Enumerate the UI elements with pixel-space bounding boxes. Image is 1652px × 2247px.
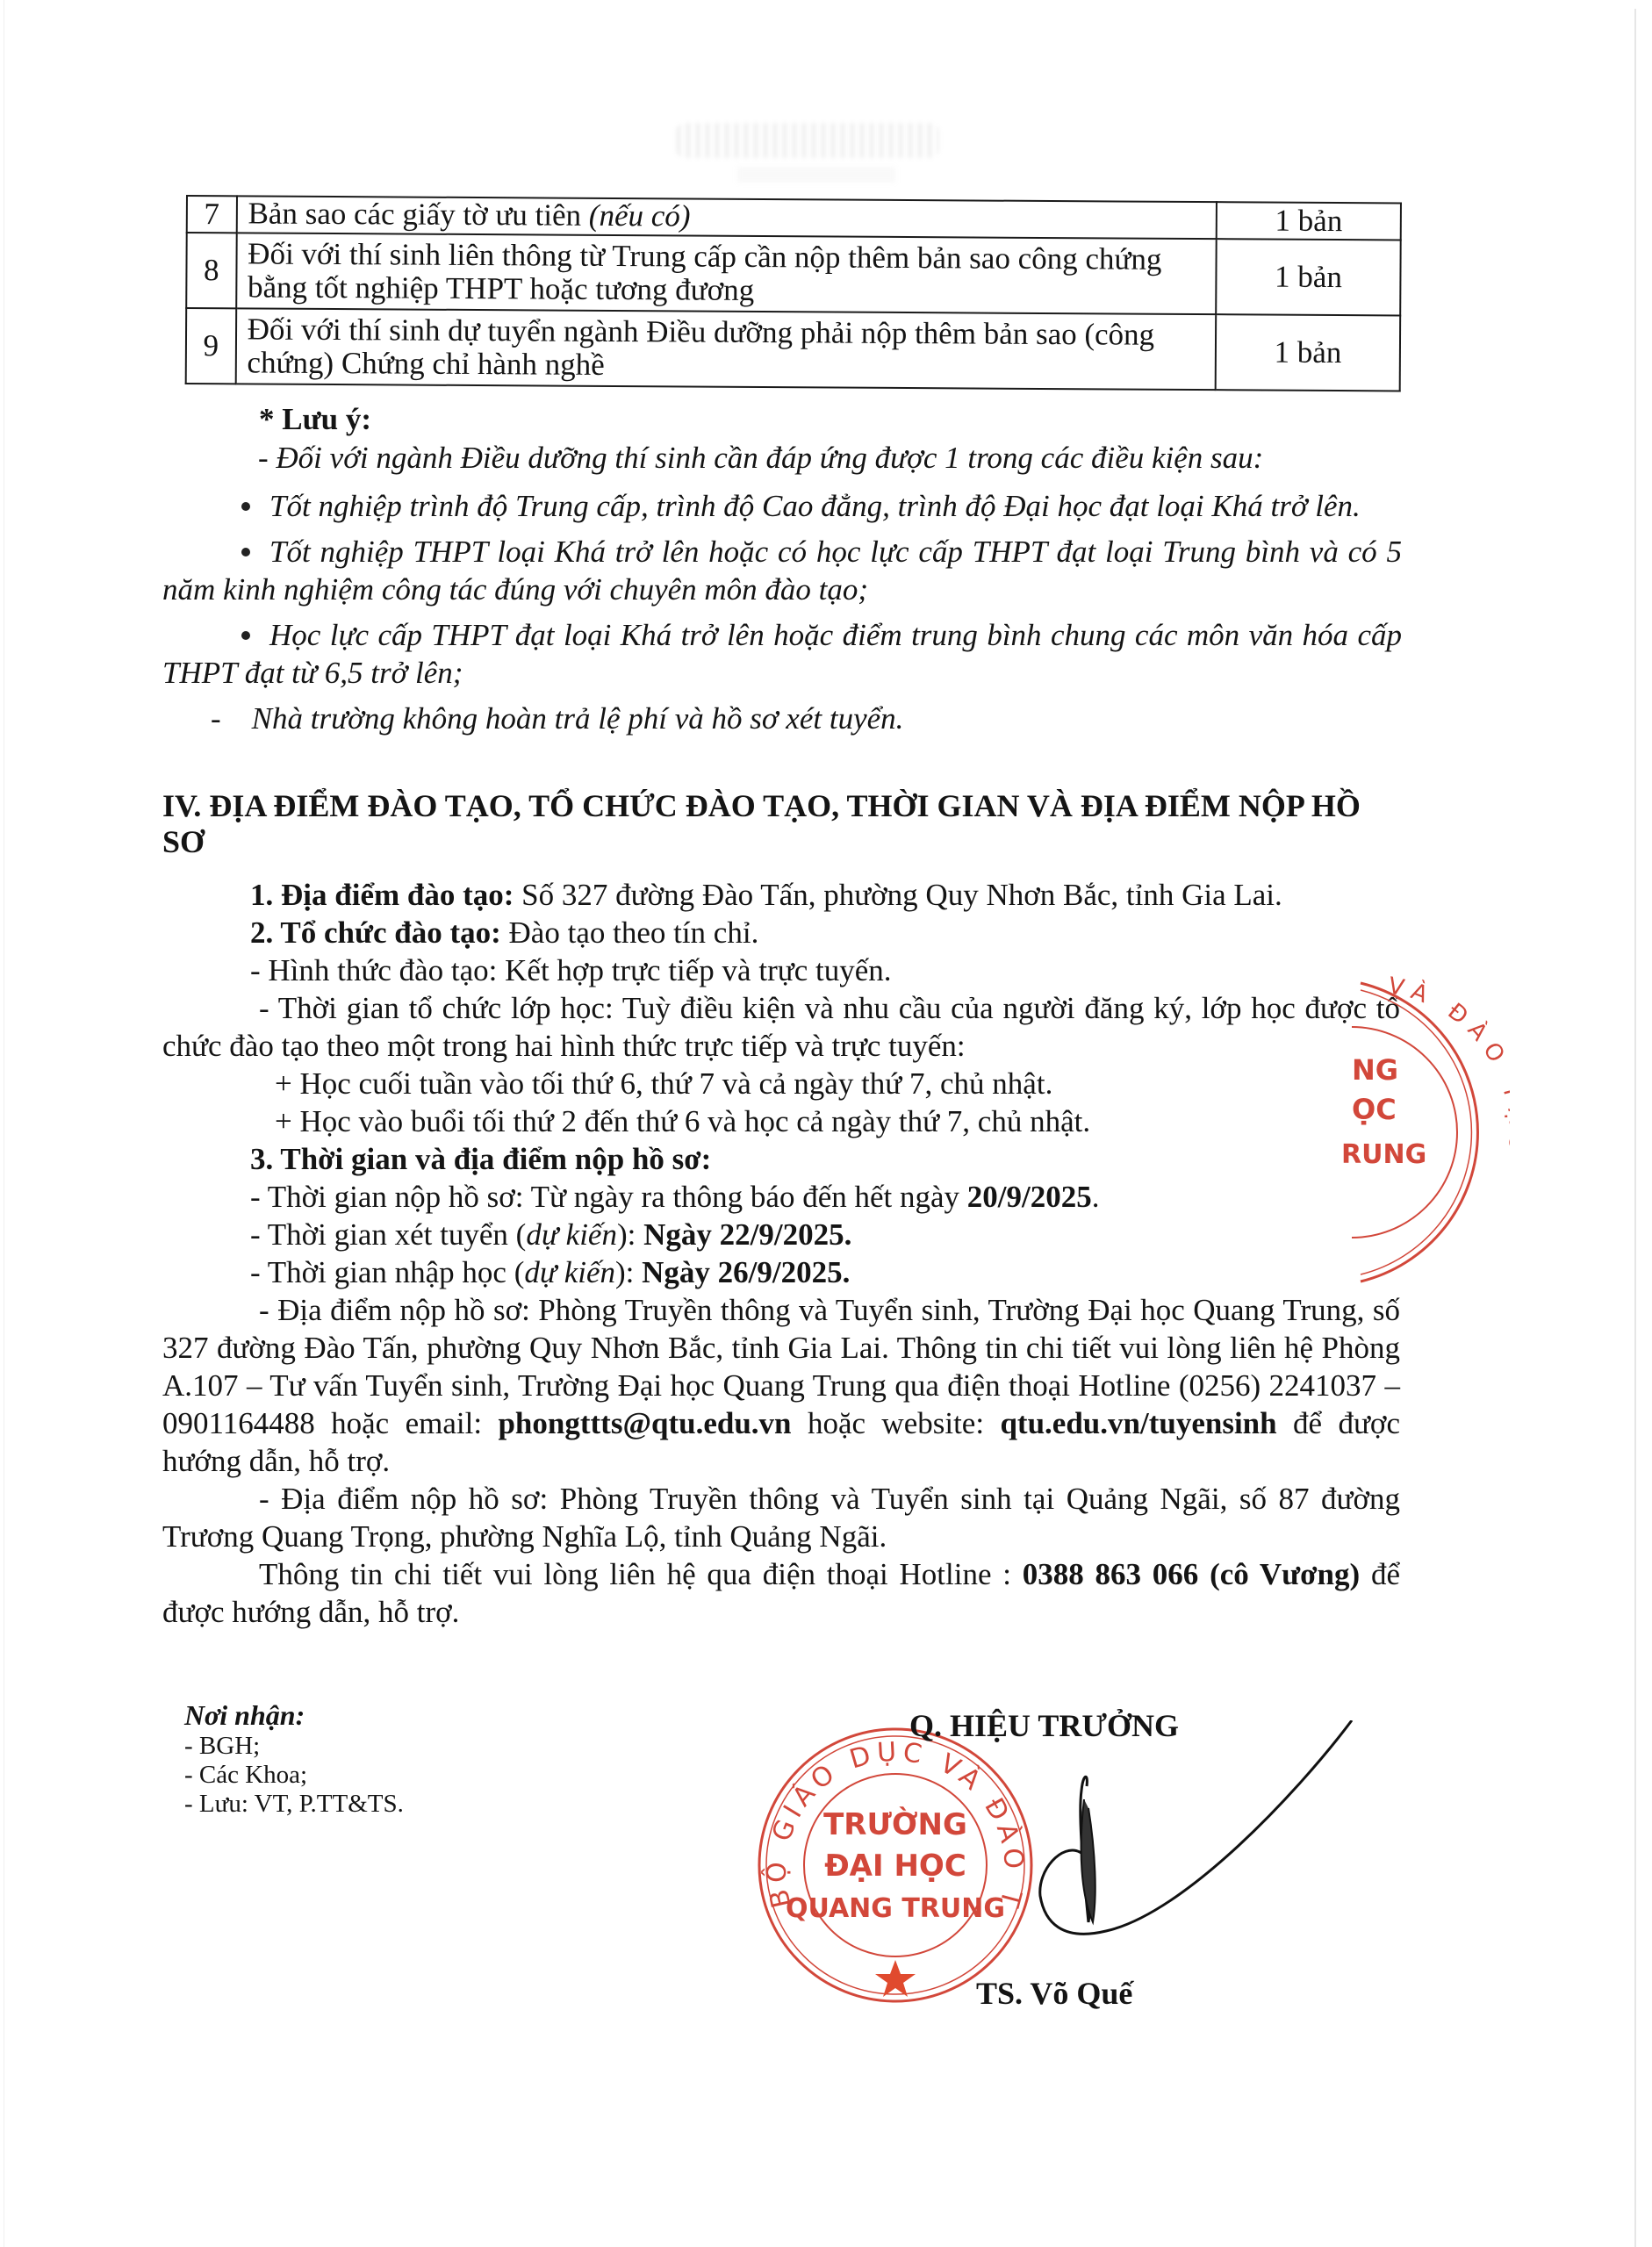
note-text: Học lực cấp THPT đạt loại Khá trở lên ho… [162, 618, 1402, 690]
schedule-option: + Học vào buổi tối thứ 2 đến thứ 6 và họ… [162, 1102, 1400, 1140]
stamp-line: RUNG [1341, 1139, 1426, 1170]
row-description: Đối với thí sinh dự tuyển ngành Điều dưỡ… [235, 308, 1216, 390]
item-text: Thông tin chi tiết vui lòng liên hệ qua … [259, 1557, 1023, 1591]
row-description: Bản sao các giấy tờ ưu tiên (nếu có) [236, 196, 1217, 239]
item-text: ): [615, 1255, 642, 1289]
review-date: Ngày 22/9/2025. [643, 1217, 851, 1252]
enrollment-time: - Thời gian nhập học (dự kiến): Ngày 26/… [162, 1253, 1400, 1291]
note-bullet: Học lực cấp THPT đạt loại Khá trở lên ho… [162, 616, 1402, 692]
description-note: (nếu có) [589, 198, 691, 233]
item-text: Số 327 đường Đào Tấn, phường Quy Nhơn Bắ… [514, 878, 1282, 912]
section-body: 1. Địa điểm đào tạo: Số 327 đường Đào Tấ… [162, 876, 1400, 1631]
note-text: Tốt nghiệp THPT loại Khá trở lên hoặc có… [162, 535, 1402, 607]
item-label: 3. Thời gian và địa điểm nộp hồ sơ: [250, 1142, 711, 1176]
recipient-item: - BGH; [184, 1732, 404, 1761]
website-link[interactable]: qtu.edu.vn/tuyensinh [1000, 1406, 1276, 1440]
note-text: Nhà trường không hoàn trả lệ phí và hồ s… [252, 701, 904, 736]
note-text: Tốt nghiệp trình độ Trung cấp, trình độ … [269, 489, 1361, 523]
row-number: 8 [186, 233, 236, 308]
notes-intro: - Đối với ngành Điều dưỡng thí sinh cần … [258, 439, 1263, 477]
notes-list: Tốt nghiệp trình độ Trung cấp, trình độ … [162, 487, 1402, 745]
deadline-date: 20/9/2025 [967, 1180, 1092, 1214]
signatory-title: Q. HIỆU TRƯỞNG [909, 1707, 1179, 1744]
signature-icon [966, 1720, 1369, 1957]
bullet-icon [241, 631, 250, 640]
training-location: 1. Địa điểm đào tạo: Số 327 đường Đào Tấ… [162, 876, 1400, 914]
stamp-line: ĐẠI HỌC [824, 1849, 966, 1884]
stamp-line: TRƯỜNG [823, 1806, 967, 1842]
item-text: ): [617, 1217, 643, 1252]
recipients: Nơi nhận: - BGH; - Các Khoa; - Lưu: VT, … [184, 1701, 404, 1819]
row-number: 9 [186, 308, 236, 384]
description-text: Bản sao các giấy tờ ưu tiên [248, 196, 581, 232]
row-quantity: 1 bản [1216, 314, 1400, 391]
dash-marker: - [211, 701, 221, 736]
item-text: - Thời gian xét tuyển ( [250, 1217, 526, 1252]
submission-location-quangngai: - Địa điểm nộp hồ sơ: Phòng Truyền thông… [162, 1480, 1400, 1555]
schedule-option: + Học cuối tuần vào tối thứ 6, thứ 7 và … [162, 1065, 1400, 1102]
requirements-table: 7 Bản sao các giấy tờ ưu tiên (nếu có) 1… [185, 195, 1402, 391]
item-label: 2. Tổ chức đào tạo: [250, 915, 501, 950]
recipient-item: - Lưu: VT, P.TT&TS. [184, 1790, 404, 1819]
row-number: 7 [187, 196, 237, 233]
class-schedule: - Thời gian tổ chức lớp học: Tuỳ điều ki… [162, 989, 1400, 1065]
bleed-through-marks [676, 123, 939, 158]
page-edge [1634, 9, 1636, 2247]
stamp-line: NG [1352, 1053, 1398, 1087]
training-format: - Hình thức đào tạo: Kết hợp trực tiếp v… [162, 951, 1400, 989]
review-time: - Thời gian xét tuyển (dự kiến): Ngày 22… [162, 1216, 1400, 1253]
page-edge [4, 0, 4, 2247]
tentative-label: dự kiến [524, 1255, 615, 1289]
training-organization: 2. Tổ chức đào tạo: Đào tạo theo tín chỉ… [162, 914, 1400, 951]
table-row: 9 Đối với thí sinh dự tuyển ngành Điều d… [186, 308, 1400, 391]
note-bullet: Tốt nghiệp trình độ Trung cấp, trình độ … [162, 487, 1402, 525]
side-stamp-text: VÀ ĐÀO TẠO [1386, 974, 1510, 1161]
bullet-icon [241, 502, 250, 511]
item-text: Đào tạo theo tín chỉ. [501, 915, 759, 950]
stamp-line: ỌC [1352, 1093, 1397, 1126]
enrollment-date: Ngày 26/9/2025. [642, 1255, 850, 1289]
section-heading: IV. ĐỊA ĐIỂM ĐÀO TẠO, TỔ CHỨC ĐÀO TẠO, T… [162, 788, 1404, 860]
signatory-name: TS. Võ Quế [976, 1975, 1132, 2012]
note-final: -Nhà trường không hoàn trả lệ phí và hồ … [162, 700, 1402, 737]
email-link[interactable]: phongttts@qtu.edu.vn [498, 1406, 791, 1440]
row-description: Đối với thí sinh liên thông từ Trung cấp… [236, 233, 1217, 314]
notes-title: * Lưu ý: [259, 400, 371, 438]
table-row: 8 Đối với thí sinh liên thông từ Trung c… [186, 233, 1400, 315]
hotline-contact: Thông tin chi tiết vui lòng liên hệ qua … [162, 1555, 1400, 1631]
submission-time: - Thời gian nộp hồ sơ: Từ ngày ra thông … [162, 1178, 1400, 1216]
row-quantity: 1 bản [1217, 202, 1401, 240]
submission-location-gialai: - Địa điểm nộp hồ sơ: Phòng Truyền thông… [162, 1291, 1400, 1480]
bleed-through-marks [737, 167, 895, 183]
item-text: - Thời gian nhập học ( [250, 1255, 524, 1289]
row-quantity: 1 bản [1216, 239, 1400, 315]
item-text: hoặc website: [792, 1406, 1001, 1440]
recipient-item: - Các Khoa; [184, 1761, 404, 1790]
bullet-icon [241, 548, 250, 556]
submission-heading: 3. Thời gian và địa điểm nộp hồ sơ: [162, 1140, 1400, 1178]
tentative-label: dự kiến [526, 1217, 617, 1252]
recipients-title: Nơi nhận: [184, 1701, 404, 1730]
svg-text:VÀ ĐÀO TẠO: VÀ ĐÀO TẠO [1386, 974, 1510, 1161]
hotline-number: 0388 863 066 (cô Vương) [1023, 1557, 1360, 1591]
item-text: - Thời gian nộp hồ sơ: Từ ngày ra thông … [250, 1180, 967, 1214]
note-bullet: Tốt nghiệp THPT loại Khá trở lên hoặc có… [162, 533, 1402, 608]
item-label: 1. Địa điểm đào tạo: [250, 878, 514, 912]
side-stamp-icon: VÀ ĐÀO TẠO NG ỌC RUNG [1334, 974, 1510, 1290]
